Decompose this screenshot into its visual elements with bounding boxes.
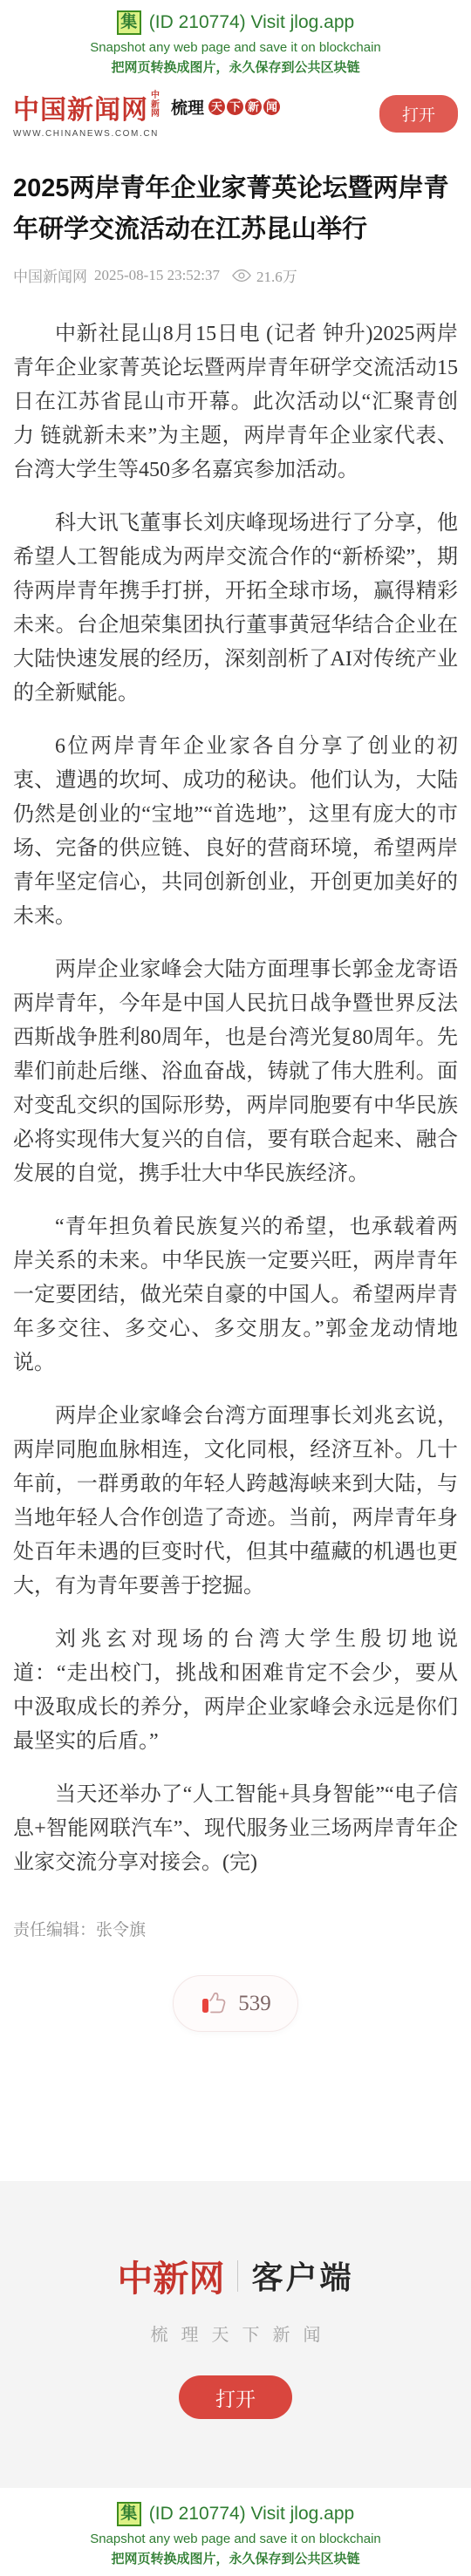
open-app-button-header[interactable]: 打开 [379,95,458,133]
header-slogan: 梳理 天 下 新 闻 [171,95,280,119]
open-app-button-footer[interactable]: 打开 [179,2375,292,2419]
article-paragraph: 中新社昆山8月15日电 (记者 钟升)2025两岸青年企业家菁英论坛暨两岸青年研… [13,317,458,487]
slogan-seal-char: 新 [245,99,262,115]
promo-subtitle-zh: 把网页转换成图片，永久保存到公共区块链 [0,58,471,76]
article-timestamp: 2025-08-15 23:52:37 [94,267,220,284]
footer-logo-calligraphy: 中新网 [117,2250,224,2301]
footer-client-label: 客户端 [251,2253,353,2298]
view-count: 21.6万 [256,264,297,286]
promo-link[interactable]: 集 (ID 210774) Visit jlog.app [0,10,471,35]
promo-subtitle-en: Snapshot any web page and save it on blo… [0,40,471,55]
article-paragraph: 两岸企业家峰会大陆方面理事长郭金龙寄语两岸青年，今年是中国人民抗日战争暨世界反法… [13,953,458,1191]
like-count: 539 [238,1992,271,2016]
slogan-seal-char: 下 [227,99,243,115]
slogan-seal-char: 闻 [263,99,280,115]
logo-calligraphy: 中国新闻网 [13,88,148,126]
promo-headline: (ID 210774) Visit jlog.app [149,2504,354,2525]
app-download-footer: 中新网 客户端 梳理天下新闻 打开 [0,2181,471,2488]
site-header: 中国新闻网 中新网 WWW.CHINANEWS.COM.CN 梳理 天 下 新 … [0,85,471,151]
eye-icon [232,269,251,283]
editor-line: 责任编辑：张令旗 [0,1917,471,1940]
like-section: 539 [0,1975,471,2032]
promo-banner-top: 集 (ID 210774) Visit jlog.app Snapshot an… [0,0,471,85]
article-title: 2025两岸青年企业家菁英论坛暨两岸青年研学交流活动在江苏昆山举行 [0,168,471,250]
article-paragraph: 科大讯飞董事长刘庆峰现场进行了分享，他希望人工智能成为两岸交流合作的“新桥梁”，… [13,507,458,711]
article-body: 中新社昆山8月15日电 (记者 钟升)2025两岸青年企业家菁英论坛暨两岸青年研… [0,298,471,1880]
promo-subtitle-en: Snapshot any web page and save it on blo… [0,2532,471,2546]
chinanews-logo: 中国新闻网 中新网 WWW.CHINANEWS.COM.CN [13,88,160,139]
slogan-prefix: 梳理 [171,95,204,119]
promo-link[interactable]: 集 (ID 210774) Visit jlog.app [0,2502,471,2526]
like-button[interactable]: 539 [173,1975,298,2032]
jlog-logo-icon: 集 [117,10,141,35]
promo-subtitle-zh: 把网页转换成图片，永久保存到公共区块链 [0,2549,471,2567]
footer-logo-row: 中新网 客户端 [117,2250,353,2301]
article-paragraph: 两岸企业家峰会台湾方面理事长刘兆玄说，两岸同胞血脉相连，文化同根，经济互补。几十… [13,1400,458,1604]
page: 集 (ID 210774) Visit jlog.app Snapshot an… [0,0,471,2576]
thumbs-up-icon [200,1987,229,2020]
article-paragraph: “青年担负着民族复兴的希望，也承载着两岸关系的未来。中华民族一定要兴旺，两岸青年… [13,1210,458,1380]
article-source: 中国新闻网 [13,264,87,286]
article-paragraph: 当天还举办了“人工智能+具身智能”“电子信息+智能网联汽车”、现代服务业三场两岸… [13,1778,458,1880]
footer-divider [237,2260,238,2292]
promo-banner-bottom: 集 (ID 210774) Visit jlog.app Snapshot an… [0,2488,471,2576]
footer-slogan: 梳理天下新闻 [138,2320,334,2346]
logo-side-stack: 中新网 [151,88,160,119]
slogan-seal-char: 天 [208,99,225,115]
article-paragraph: 6位两岸青年企业家各自分享了创业的初衷、遭遇的坎坷、成功的秘诀。他们认为，大陆仍… [13,730,458,934]
article-paragraph: 刘兆玄对现场的台湾大学生殷切地说道：“走出校门，挑战和困难肯定不会少，要从中汲取… [13,1623,458,1759]
spacer [0,2032,471,2181]
logo-url: WWW.CHINANEWS.COM.CN [13,129,160,139]
article-meta: 中国新闻网 2025-08-15 23:52:37 21.6万 [0,264,471,286]
jlog-logo-icon: 集 [117,2502,141,2526]
promo-headline: (ID 210774) Visit jlog.app [149,12,354,33]
